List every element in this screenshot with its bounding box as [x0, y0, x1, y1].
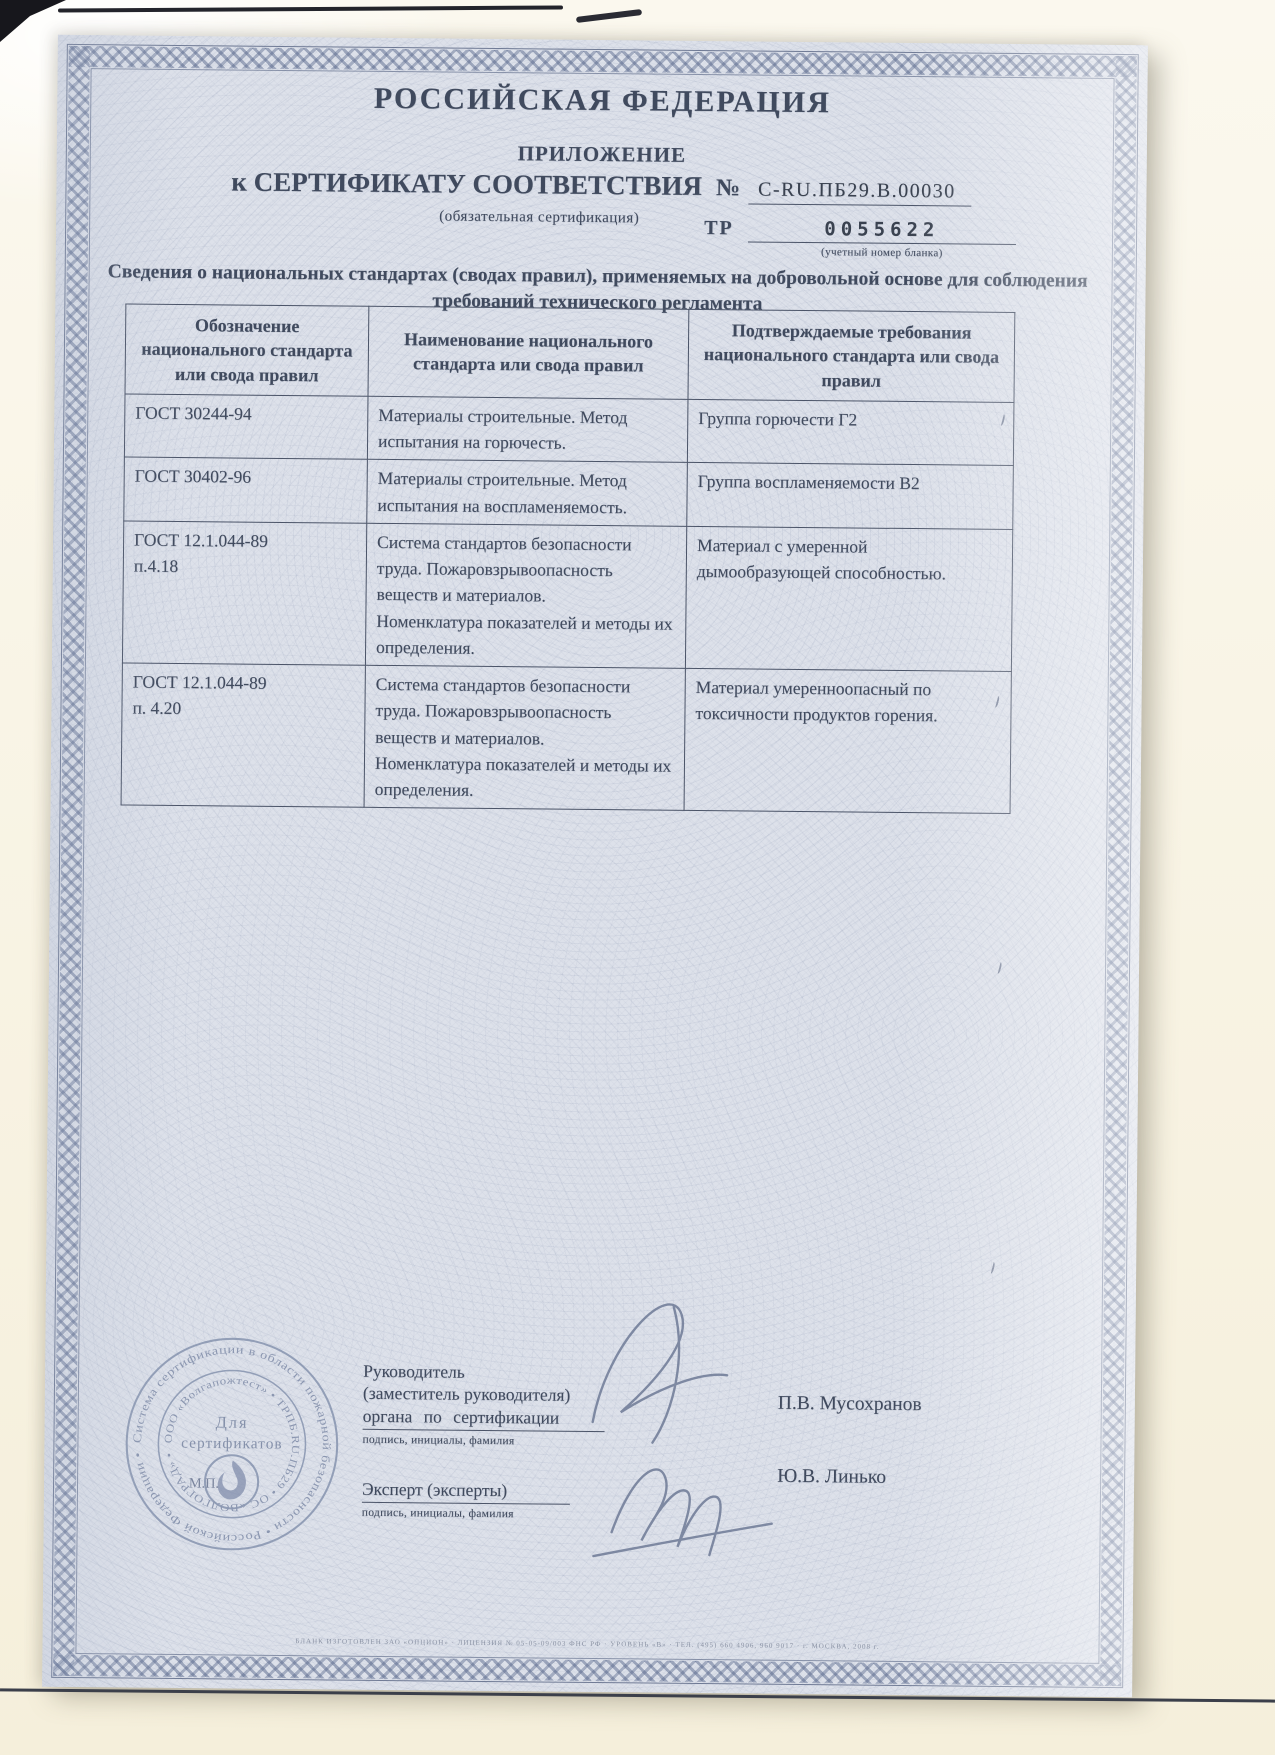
table-row: ГОСТ 30402-96 Материалы строительные. Ме… — [124, 457, 1014, 529]
blank-number-value: 0055622 — [748, 217, 1017, 245]
scan-artifact-top-line — [58, 5, 563, 12]
header-name: Наименование национального стандарта или… — [368, 306, 689, 399]
head-signature-ink — [593, 1304, 728, 1424]
cell-code: ГОСТ 30402-96 — [124, 457, 368, 523]
tr-label: ТР — [704, 217, 734, 240]
table-header-row: Обозначение национального стандарта или … — [125, 304, 1015, 402]
head-role-line3: органа по сертификации — [363, 1405, 605, 1433]
cell-name: Система стандартов безопасности труда. П… — [365, 523, 686, 668]
stamp-mp-mark: М.П. — [189, 1476, 219, 1492]
stamp-center-line2: сертификатов — [181, 1435, 283, 1453]
cell-name: Материалы строительные. Метод испытания … — [367, 460, 688, 527]
cell-requirement: Материал с умеренной дымообразующей спос… — [685, 526, 1012, 671]
cell-requirement: Группа воспламеняемости В2 — [687, 463, 1014, 530]
table-row: ГОСТ 30244-94 Материалы строительные. Ме… — [124, 394, 1014, 466]
stamp-flame-emblem — [218, 1460, 247, 1499]
certificate-sheet: РОССИЙСКАЯ ФЕДЕРАЦИЯ ПРИЛОЖЕНИЕ к СЕРТИФ… — [42, 35, 1148, 1697]
standards-table: Обозначение национального стандарта или … — [121, 303, 1016, 814]
header-requirements: Подтверждаемые требования национального … — [688, 309, 1015, 402]
table-row: ГОСТ 12.1.044-89 п. 4.20 Система стандар… — [121, 663, 1011, 814]
cell-code: ГОСТ 12.1.044-89 п.4.18 — [122, 521, 366, 666]
cell-name: Материалы строительные. Метод испытания … — [367, 396, 688, 463]
table-row: ГОСТ 12.1.044-89 п.4.18 Система стандарт… — [122, 521, 1012, 672]
scan-artifact-dash — [576, 9, 642, 23]
scanned-certificate-page: { "header": { "country": "РОССИЙСКАЯ ФЕД… — [0, 0, 1275, 1755]
certificate-title: к СЕРТИФИКАТУ СООТВЕТСТВИЯ — [231, 166, 702, 201]
cell-code: ГОСТ 30244-94 — [124, 394, 368, 460]
stamp-center-line1: Для — [216, 1413, 249, 1432]
header-designation: Обозначение национального стандарта или … — [125, 304, 369, 396]
cell-code: ГОСТ 12.1.044-89 п. 4.20 — [121, 663, 365, 808]
handwritten-signatures — [573, 1270, 806, 1572]
expert-role: Эксперт (эксперты) — [362, 1478, 570, 1505]
signature-block: Руководитель (заместитель руководителя) … — [362, 1360, 1064, 1528]
scan-artifact-corner — [0, 0, 66, 42]
cell-name: Система стандартов безопасности труда. П… — [364, 665, 685, 810]
cell-requirement: Группа горючести Г2 — [687, 399, 1014, 466]
blank-number-note: (учетный номер бланка) — [748, 245, 1016, 260]
certificate-number: C-RU.ПБ29.В.00030 — [748, 178, 972, 206]
cell-requirement: Материал умеренноопасный по токсичности … — [684, 668, 1011, 813]
blank-number-block: ТР 0055622 (учетный номер бланка) — [704, 217, 1016, 260]
certification-body-stamp: Система сертификации в области пожарной … — [113, 1325, 350, 1562]
number-sign: № — [716, 175, 740, 201]
